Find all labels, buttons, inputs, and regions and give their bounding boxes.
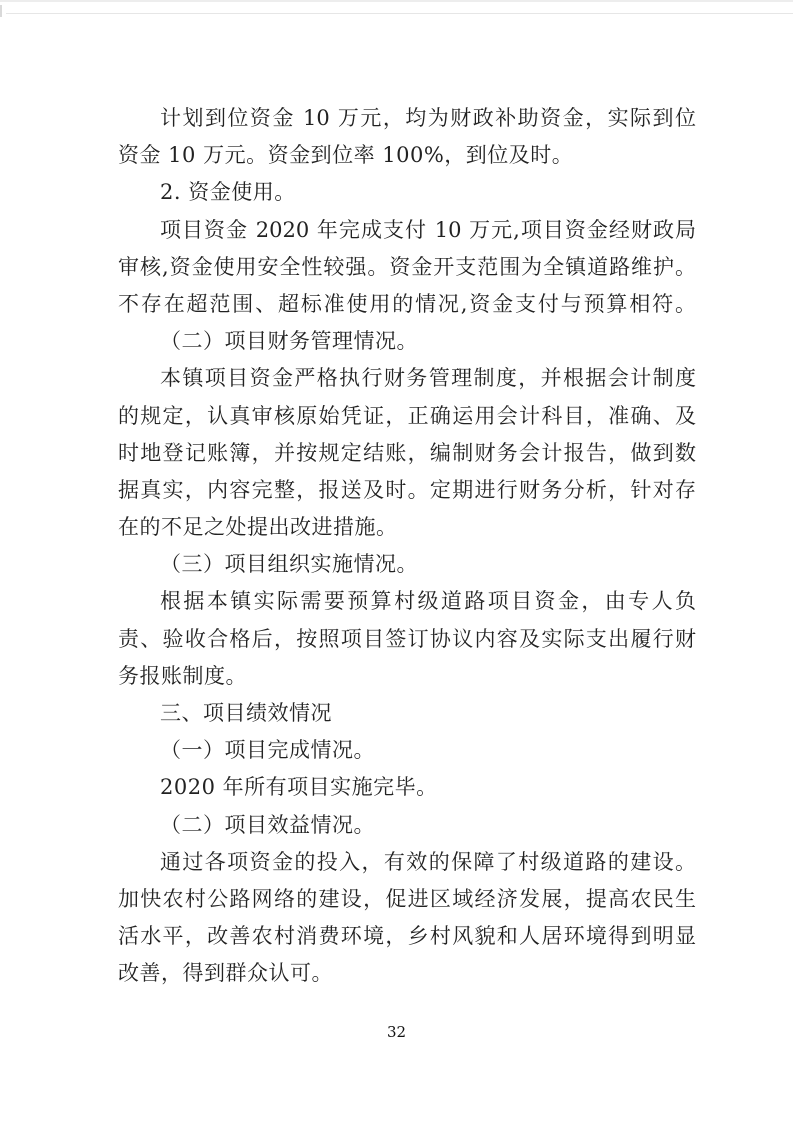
text-line: 本镇项目资金严格执行财务管理制度，并根据会计制度 (118, 360, 696, 397)
text-line: 2. 资金使用。 (118, 174, 696, 211)
text-line: 在的不足之处提出改进措施。 (118, 509, 696, 546)
text-line: （三）项目组织实施情况。 (118, 546, 696, 583)
text-line: 务报账制度。 (118, 658, 696, 695)
text-line: 时地登记账簿，并按规定结账，编制财务会计报告，做到数 (118, 435, 696, 472)
text-line: 资金 10 万元。资金到位率 100%，到位及时。 (118, 137, 696, 174)
text-line: （一）项目完成情况。 (118, 732, 696, 769)
text-line: 2020 年所有项目实施完毕。 (118, 769, 696, 806)
scan-edge-tick (0, 5, 2, 17)
text-line: 项目资金 2020 年完成支付 10 万元,项目资金经财政局 (118, 212, 696, 249)
text-line: 三、项目绩效情况 (118, 695, 696, 732)
page-number: 32 (0, 1023, 793, 1041)
text-line: 的规定，认真审核原始凭证，正确运用会计科目，准确、及 (118, 398, 696, 435)
text-line: 不存在超范围、超标准使用的情况,资金支付与预算相符。 (118, 286, 696, 323)
text-line: 改善，得到群众认可。 (118, 955, 696, 992)
text-line: 责、验收合格后，按照项目签订协议内容及实际支出履行财 (118, 621, 696, 658)
document-body: 计划到位资金 10 万元，均为财政补助资金，实际到位资金 10 万元。资金到位率… (118, 100, 696, 993)
document-page: 计划到位资金 10 万元，均为财政补助资金，实际到位资金 10 万元。资金到位率… (0, 0, 793, 1122)
text-line: （二）项目效益情况。 (118, 807, 696, 844)
scan-edge-artifact (0, 0, 793, 2)
text-line: 计划到位资金 10 万元，均为财政补助资金，实际到位 (118, 100, 696, 137)
text-line: 活水平，改善农村消费环境，乡村风貌和人居环境得到明显 (118, 918, 696, 955)
text-line: 加快农村公路网络的建设，促进区域经济发展，提高农民生 (118, 881, 696, 918)
text-line: 根据本镇实际需要预算村级道路项目资金，由专人负 (118, 583, 696, 620)
text-line: 审核,资金使用安全性较强。资金开支范围为全镇道路维护。 (118, 249, 696, 286)
text-line: （二）项目财务管理情况。 (118, 323, 696, 360)
text-line: 通过各项资金的投入，有效的保障了村级道路的建设。 (118, 844, 696, 881)
text-line: 据真实，内容完整，报送及时。定期进行财务分析，针对存 (118, 472, 696, 509)
scan-line-artifact (6, 13, 793, 14)
